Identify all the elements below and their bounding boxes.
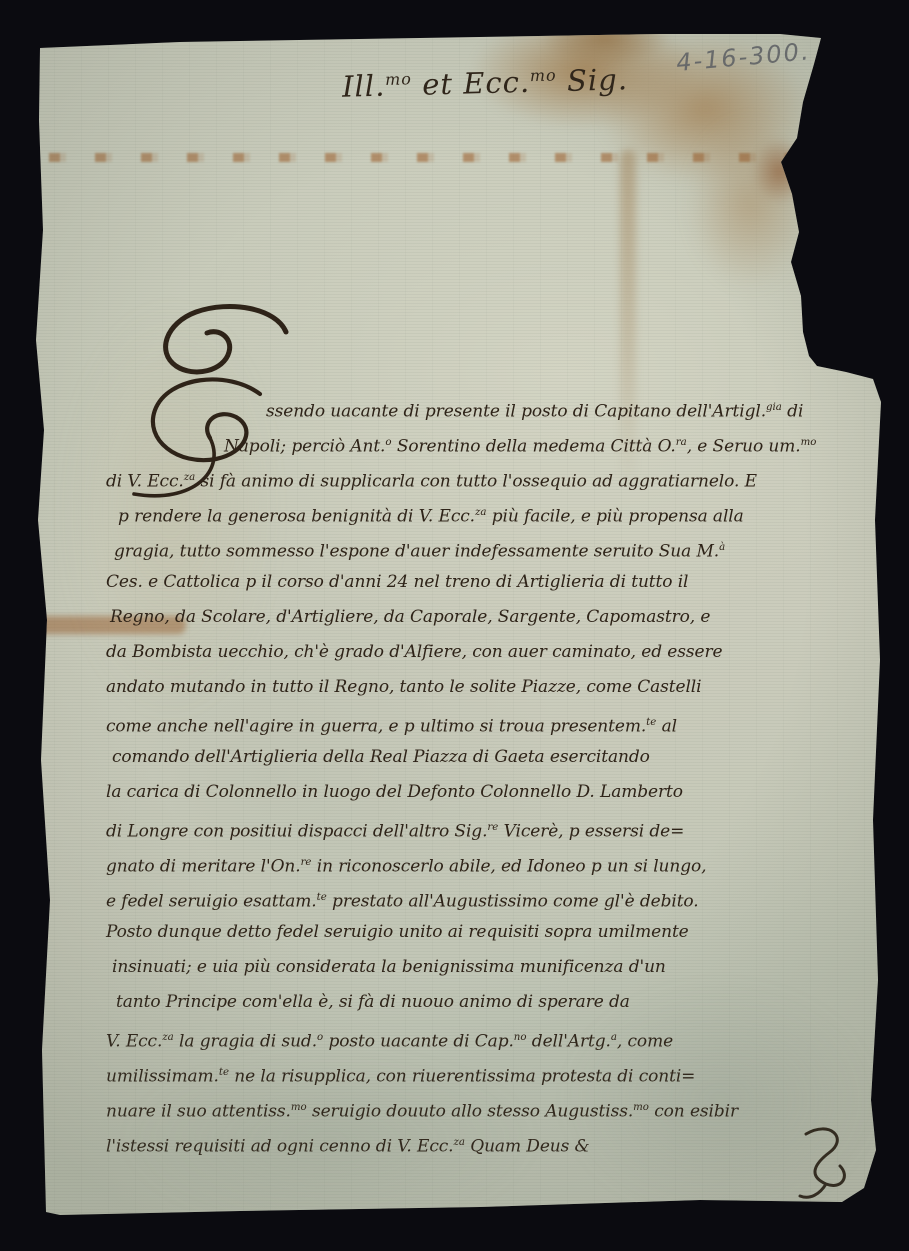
manuscript-paper: 4-16-300. Ill.mo et Ecc.mo Sig. ssendo u…	[0, 0, 909, 1251]
photograph-background: 4-16-300. Ill.mo et Ecc.mo Sig. ssendo u…	[0, 0, 909, 1251]
paper-vignette	[0, 0, 909, 1251]
